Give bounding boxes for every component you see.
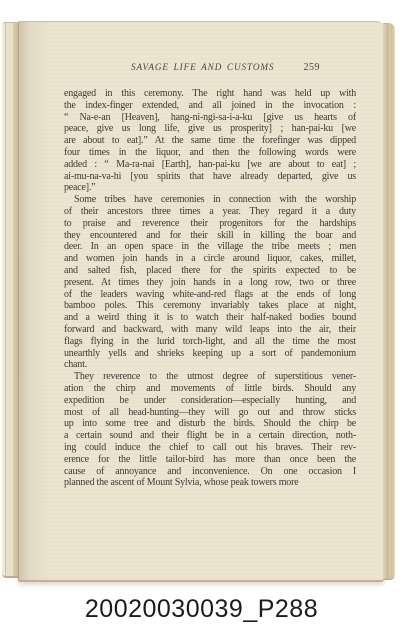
running-header-title: SAVAGE LIFE AND CUSTOMS	[131, 62, 274, 72]
text-line: they encountered and for their skill in …	[64, 230, 356, 242]
text-line: of the leaders waving white-and-red flag…	[64, 289, 356, 301]
body-text: engaged in this ceremony. The right hand…	[64, 88, 356, 489]
text-line: cause of annoyance and inconvenience. On…	[64, 466, 356, 478]
text-line: up into some tree and disturb the birds.…	[64, 418, 356, 430]
text-line: Some tribes have ceremonies in connectio…	[64, 194, 356, 206]
text-line: planned the ascent of Mount Sylvia, whos…	[64, 477, 356, 489]
text-line: engaged in this ceremony. The right hand…	[64, 88, 356, 100]
book-page-scan: SAVAGE LIFE AND CUSTOMS 259 engaged in t…	[2, 21, 396, 584]
text-line: a certain sound and their flight be in a…	[64, 430, 356, 442]
running-header: SAVAGE LIFE AND CUSTOMS 259	[19, 62, 384, 76]
facing-page-edge	[2, 22, 18, 578]
text-line: peace].”	[64, 182, 356, 194]
text-line: erence for the little tailor-bird has mo…	[64, 454, 356, 466]
text-line: They reverence to the utmost degree of s…	[64, 371, 356, 383]
page-number: 259	[304, 62, 321, 73]
page-stack-edge	[383, 23, 395, 580]
text-line: present. At times they join hands in a l…	[64, 277, 356, 289]
text-line: unearthly yells and shrieks keeping up a…	[64, 348, 356, 360]
text-line: ation the chirp and movements of little …	[64, 383, 356, 395]
text-line: and salted fish, placed there for the sp…	[64, 265, 356, 277]
text-line: and women join hands in a circle around …	[64, 253, 356, 265]
text-line: chant.	[64, 359, 356, 371]
text-line: the index-finger extended, and all joine…	[64, 100, 356, 112]
text-line: most of all head-hunting—they will go ou…	[64, 407, 356, 419]
text-line: bamboo poles. This ceremony invariably t…	[64, 300, 356, 312]
text-line: four times in the liquor, and then the f…	[64, 147, 356, 159]
book-page: SAVAGE LIFE AND CUSTOMS 259 engaged in t…	[18, 21, 384, 582]
archive-id-label: 20020030039_P288	[85, 594, 318, 624]
text-line: to praise and reverence their progenitor…	[64, 218, 356, 230]
text-line: deer. In an open space in the village th…	[64, 241, 356, 253]
text-line: ing could induce the chief to call out h…	[64, 442, 356, 454]
text-line: and a weird thing it is to watch their h…	[64, 312, 356, 324]
text-line: expedition be under consideration—especi…	[64, 395, 356, 407]
text-line: peace, give us long life, give us prospe…	[64, 123, 356, 135]
text-line: “ Na-e-an [Heaven], hang-ni-ngi-sa-i-a-k…	[64, 112, 356, 124]
text-line: are about to eat].” At the same time the…	[64, 135, 356, 147]
text-line: ai-mu-na-va-hi [you spirits that have al…	[64, 171, 356, 183]
text-line: flags flying in the lurid torch-light, a…	[64, 336, 356, 348]
scan-background: SAVAGE LIFE AND CUSTOMS 259 engaged in t…	[0, 0, 403, 640]
text-line: of their ancestors three times a year. T…	[64, 206, 356, 218]
text-line: forward and backward, with many wild lea…	[64, 324, 356, 336]
text-line: added : “ Ma-ra-nai [Earth], han-pai-ku …	[64, 159, 356, 171]
